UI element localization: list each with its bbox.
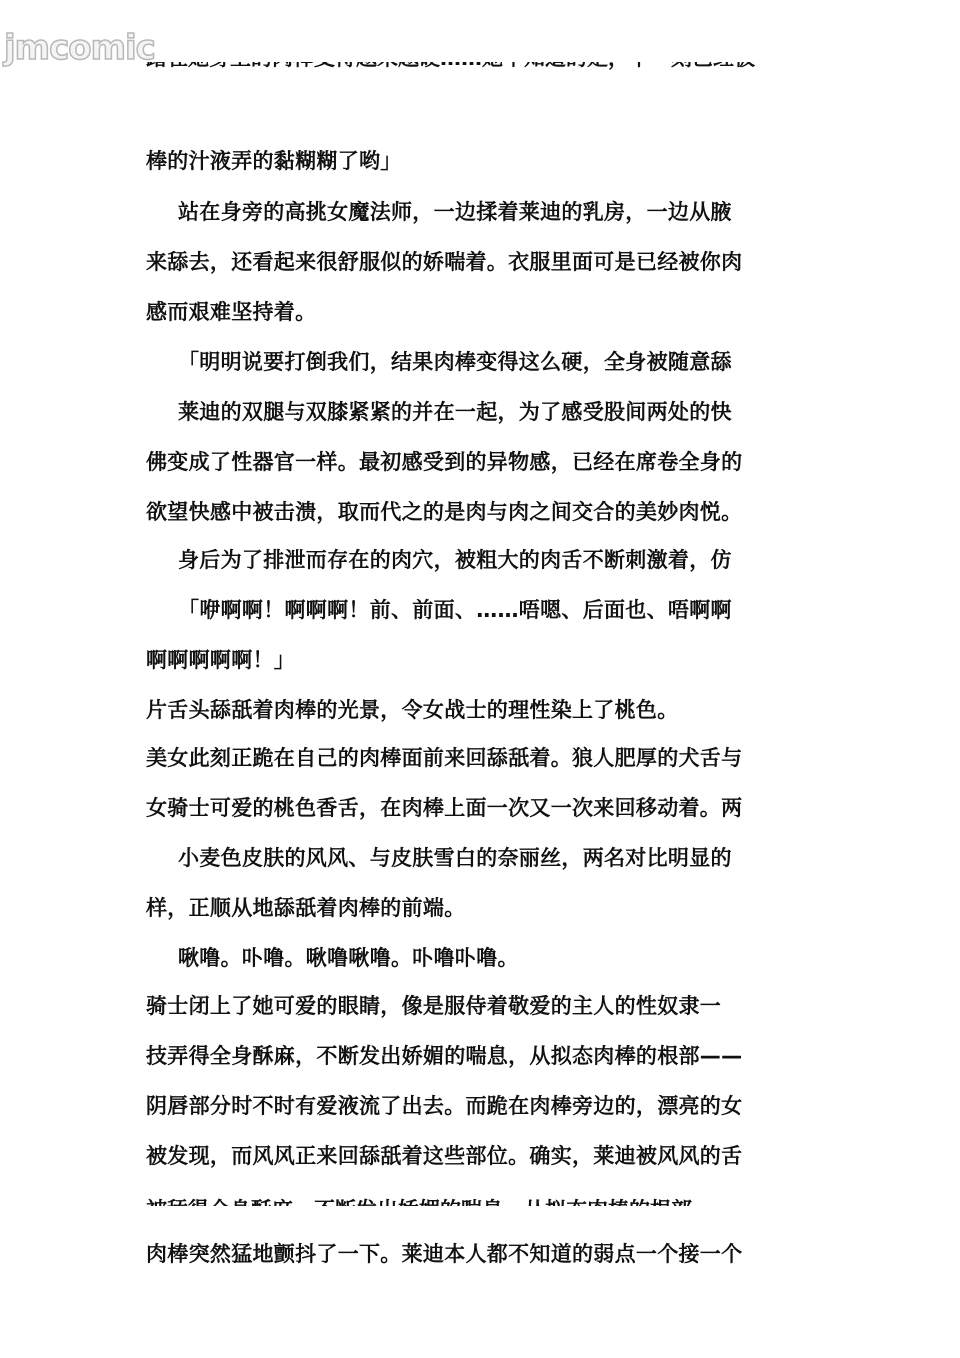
text-line: 被发现，而风风正来回舔舐着这些部位。确实，莱迪被风风的舌	[146, 1142, 818, 1170]
text-line: 片舌头舔舐着肉棒的光景，令女战士的理性染上了桃色。	[146, 696, 818, 724]
text-line: 阴唇部分时不时有爱液流了出去。而跪在肉棒旁边的，漂亮的女	[146, 1092, 818, 1120]
clipped-text-line-bottom: 被舔得全身酥麻，不断发出娇媚的喘息，从拟态肉棒的根部	[146, 1196, 818, 1206]
text-line: 来舔去，还看起来很舒服似的娇喘着。衣服里面可是已经被你肉	[146, 248, 818, 276]
text-line: 站在身旁的高挑女魔法师，一边揉着莱迪的乳房，一边从腋	[178, 198, 850, 226]
text-line: 身后为了排泄而存在的肉穴，被粗大的肉舌不断刺激着，仿	[178, 546, 850, 574]
text-line: 佛变成了性器官一样。最初感受到的异物感，已经在席卷全身的	[146, 448, 818, 476]
text-line: 「咿啊啊！啊啊啊！前、前面、……唔嗯、后面也、唔啊啊	[178, 596, 850, 624]
text-line: 骑士闭上了她可爱的眼睛，像是服侍着敬爱的主人的性奴隶一	[146, 992, 818, 1020]
clipped-text-line-top: 蹭在她身上的肉棒变得越来越硬……她不知道的是，下一刻已经被	[146, 62, 818, 72]
text-line: 技弄得全身酥麻，不断发出娇媚的喘息，从拟态肉棒的根部——	[146, 1042, 818, 1070]
text-line: 「明明说要打倒我们，结果肉棒变得这么硬，全身被随意舔	[178, 348, 850, 376]
text-line: 欲望快感中被击溃，取而代之的是肉与肉之间交合的美妙肉悦。	[146, 498, 818, 526]
text-line: 棒的汁液弄的黏糊糊了哟」	[146, 147, 818, 175]
text-line: 肉棒突然猛地颤抖了一下。莱迪本人都不知道的弱点一个接一个	[146, 1240, 818, 1268]
text-line: 莱迪的双腿与双膝紧紧的并在一起，为了感受股间两处的快	[178, 398, 850, 426]
text-line: 女骑士可爱的桃色香舌，在肉棒上面一次又一次来回移动着。两	[146, 794, 818, 822]
text-line: 啾噜。卟噜。啾噜啾噜。卟噜卟噜。	[178, 944, 850, 972]
text-line: 啊啊啊啊啊！」	[146, 646, 818, 674]
watermark-logo: jmcomic	[4, 28, 155, 68]
text-line: 小麦色皮肤的风风、与皮肤雪白的奈丽丝，两名对比明显的	[178, 844, 850, 872]
text-line: 样，正顺从地舔舐着肉棒的前端。	[146, 894, 818, 922]
text-line: 美女此刻正跪在自己的肉棒面前来回舔舐着。狼人肥厚的犬舌与	[146, 744, 818, 772]
text-line: 感而艰难坚持着。	[146, 298, 818, 326]
